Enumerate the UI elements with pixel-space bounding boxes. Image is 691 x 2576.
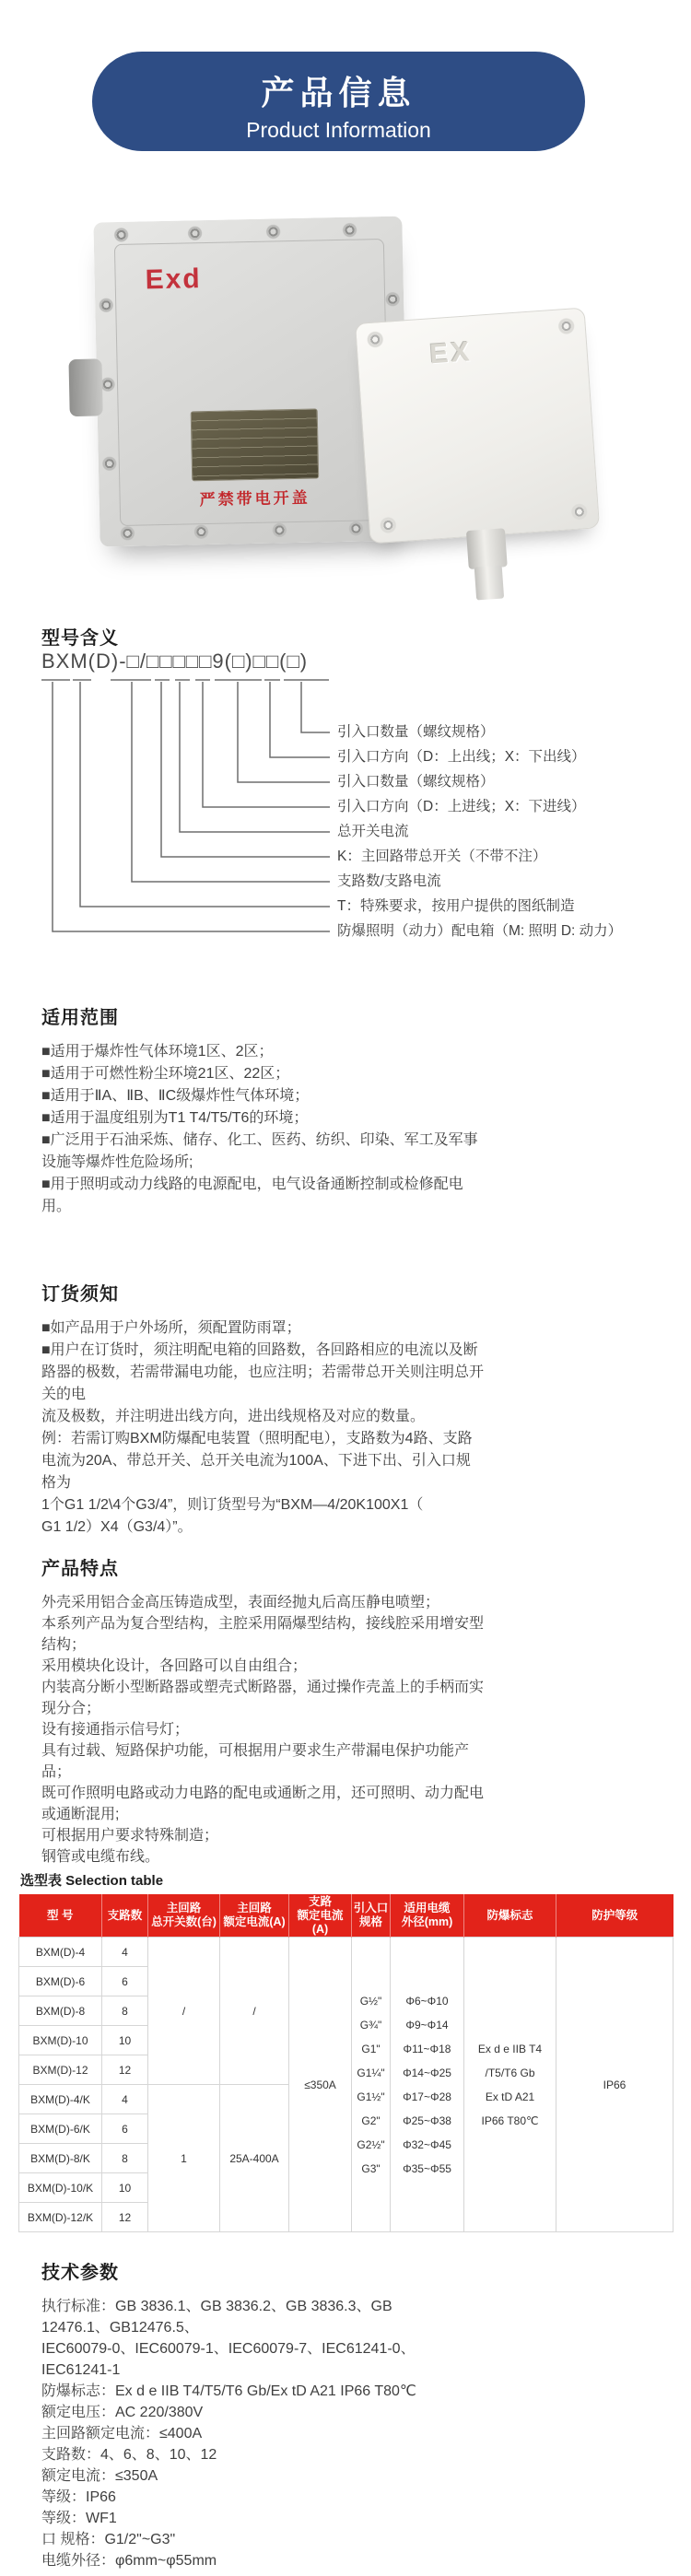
selection-table: 型 号 支路数 主回路 总开关数(台) 主回路 额定电流(A) 支路 额定电流(…: [18, 1894, 673, 2232]
cell-main-switch-bottom: 1: [148, 2085, 220, 2232]
scope-line: ■广泛用于石油采炼、储存、化工、医药、纺织、印染、军工及军事: [41, 1130, 650, 1152]
tech-param-line: 额定电压：AC 220/380V: [41, 2402, 650, 2423]
tech-param-line: 额定电流：≤350A: [41, 2465, 650, 2487]
model-label-t-special: T：特殊要求，按用户提供的图纸制造: [337, 896, 574, 917]
product-photo-small-box: EX: [355, 308, 600, 544]
cell-branches: 4: [102, 2085, 148, 2114]
feature-line: 现分合；: [41, 1698, 650, 1719]
col-header-model: 型 号: [19, 1894, 102, 1938]
model-label-k-main-switch: K：主回路带总开关（不带不注）: [337, 847, 546, 867]
cell-model: BXM(D)-12/K: [19, 2203, 102, 2232]
tech-param-line: 主回路额定电流：≤400A: [41, 2423, 650, 2444]
feature-line: 结构；: [41, 1634, 650, 1656]
warning-text: 严禁带电开盖: [157, 484, 352, 510]
table-row: BXM(D)-4 4 / / ≤350A G½" G¾" G1" G1¼" G1…: [19, 1938, 673, 1967]
cell-branch-rated: ≤350A: [289, 1938, 352, 2232]
cell-branches: 6: [102, 2114, 148, 2144]
cell-inlet-specs: G½" G¾" G1" G1¼" G1½" G2" G2½" G3": [352, 1938, 391, 2232]
cell-cable-od: Φ6~Φ10 Φ9~Φ14 Φ11~Φ18 Φ14~Φ25 Φ17~Φ28 Φ2…: [391, 1938, 464, 2232]
cell-branches: 12: [102, 2055, 148, 2085]
section-heading-ordering: 订货须知: [41, 1279, 119, 1306]
cable-gland-icon: [68, 358, 102, 416]
cell-branches: 8: [102, 1996, 148, 2026]
ordering-line: ■如产品用于户外场所，须配置防雨罩；: [41, 1317, 650, 1340]
col-header-ex-mark: 防爆标志: [464, 1894, 556, 1938]
ordering-text: ■如产品用于户外场所，须配置防雨罩； ■用户在订货时，须注明配电箱的回路数，各回…: [41, 1317, 650, 1539]
feature-line: 内装高分断小型断路器或塑壳式断路器，通过操作壳盖上的手柄而实: [41, 1677, 650, 1698]
box-cover-panel: Exd 严禁带电开盖: [114, 239, 390, 526]
col-header-cable-od: 适用电缆 外径(mm): [391, 1894, 464, 1938]
product-info-page: 产品信息 Product Information Exd 严禁带电开盖 EX 型…: [0, 0, 691, 2576]
cell-main-rated-top: /: [220, 1938, 289, 2085]
cell-model: BXM(D)-6: [19, 1967, 102, 1996]
cell-model: BXM(D)-4: [19, 1938, 102, 1967]
model-label-branch-count-current: 支路数/支路电流: [337, 872, 441, 892]
scope-line: 设施等爆炸性危险场所;: [41, 1152, 650, 1174]
cell-ip-rating: IP66: [556, 1938, 673, 2232]
feature-line: 采用模块化设计，各回路可以自由组合；: [41, 1656, 650, 1677]
cell-ex-mark: Ex d e IIB T4 /T5/T6 Gb Ex tD A21 IP66 T…: [464, 1938, 556, 2232]
scope-line: ■用于照明或动力线路的电源配电，电气设备通断控制或检修配电: [41, 1174, 650, 1196]
model-label-main-switch-current: 总开关电流: [337, 822, 409, 842]
ordering-line: 流及极数，并注明进出线方向，进出线规格及对应的数量。: [41, 1406, 650, 1428]
feature-line: 或通断混用;: [41, 1804, 650, 1825]
cell-model: BXM(D)-4/K: [19, 2085, 102, 2114]
col-header-main-switch-count: 主回路 总开关数(台): [148, 1894, 220, 1938]
cell-branches: 4: [102, 1938, 148, 1967]
scope-line: 用。: [41, 1196, 650, 1218]
col-header-ip-rating: 防护等级: [556, 1894, 673, 1938]
feature-line: 品；: [41, 1762, 650, 1783]
ex-marking: EX: [428, 336, 473, 370]
section-heading-scope: 适用范围: [41, 1002, 119, 1029]
tech-param-line: 口 规格：G1/2"~G3": [41, 2529, 650, 2550]
feature-line: 钢管或电缆布线。: [41, 1846, 650, 1868]
ordering-line: 例：若需订购BXM防爆配电装置（照明配电），支路数为4路、支路: [41, 1428, 650, 1450]
tech-param-line: IEC60079-0、IEC60079-1、IEC60079-7、IEC6124…: [41, 2338, 650, 2359]
scope-text: ■适用于爆炸性气体环境1区、2区； ■适用于可燃性粉尘环境21区、22区； ■适…: [41, 1041, 650, 1218]
ordering-line: 关的电: [41, 1384, 650, 1406]
cell-branches: 6: [102, 1967, 148, 1996]
ordering-line: 格为: [41, 1472, 650, 1494]
cell-model: BXM(D)-10/K: [19, 2173, 102, 2203]
cell-model: BXM(D)-6/K: [19, 2114, 102, 2144]
feature-line: 可根据用户要求特殊制造；: [41, 1825, 650, 1846]
section-heading-model-meaning: 型号含义: [41, 623, 119, 650]
feature-line: 本系列产品为复合型结构，主腔采用隔爆型结构，接线腔采用增安型: [41, 1613, 650, 1634]
feature-line: 既可作照明电路或动力电路的配电或通断之用，还可照明、动力配电: [41, 1783, 650, 1804]
page-subtitle: Product Information: [92, 118, 585, 143]
scope-line: ■适用于温度组别为T1 T4/T5/T6的环境；: [41, 1107, 650, 1130]
col-header-branches: 支路数: [102, 1894, 148, 1938]
cell-branches: 8: [102, 2144, 148, 2173]
exd-marking: Exd: [145, 263, 202, 296]
section-heading-tech-params: 技术参数: [41, 2257, 119, 2284]
tech-param-line: 等级：WF1: [41, 2508, 650, 2529]
cell-model: BXM(D)-8/K: [19, 2144, 102, 2173]
tech-param-line: 防爆标志：Ex d e IIB T4/T5/T6 Gb/Ex tD A21 IP…: [41, 2381, 650, 2402]
tech-param-line: 支路数：4、6、8、10、12: [41, 2444, 650, 2465]
model-label-inlet-count-1: 引入口数量（螺纹规格）: [337, 772, 495, 792]
cell-model: BXM(D)-12: [19, 2055, 102, 2085]
selection-table-caption: 选型表 Selection table: [20, 1870, 163, 1890]
tech-param-line: IEC61241-1: [41, 2359, 650, 2381]
ordering-line: 1个G1 1/2\4个G3/4”，则订货型号为“BXM—4/20K100X1（: [41, 1494, 650, 1516]
cell-branches: 10: [102, 2026, 148, 2055]
tech-param-line: 电缆外径：φ6mm~φ55mm: [41, 2550, 650, 2571]
tech-params-text: 执行标准：GB 3836.1、GB 3836.2、GB 3836.3、GB 12…: [41, 2296, 650, 2571]
page-header: 产品信息 Product Information: [92, 52, 585, 151]
tech-param-line: 12476.1、GB12476.5、: [41, 2317, 650, 2338]
cell-branches: 12: [102, 2203, 148, 2232]
col-header-branch-rated-current: 支路 额定电流(A): [289, 1894, 352, 1938]
scope-line: ■适用于ⅡA、ⅡB、ⅡC级爆炸性气体环境；: [41, 1085, 650, 1107]
table-header-row: 型 号 支路数 主回路 总开关数(台) 主回路 额定电流(A) 支路 额定电流(…: [19, 1894, 673, 1938]
cell-model: BXM(D)-10: [19, 2026, 102, 2055]
scope-line: ■适用于可燃性粉尘环境21区、22区；: [41, 1063, 650, 1085]
section-heading-features: 产品特点: [41, 1553, 119, 1580]
page-title: 产品信息: [92, 67, 585, 114]
ordering-line: 路器的极数，若需带漏电功能，也应注明；若需带总开关则注明总开: [41, 1362, 650, 1384]
scope-line: ■适用于爆炸性气体环境1区、2区；: [41, 1041, 650, 1063]
tech-param-line: 执行标准：GB 3836.1、GB 3836.2、GB 3836.3、GB: [41, 2296, 650, 2317]
feature-line: 具有过载、短路保护功能，可根据用户要求生产带漏电保护功能产: [41, 1740, 650, 1762]
ordering-line: G1 1/2）X4（G3/4）”。: [41, 1516, 650, 1539]
cell-main-rated-bottom: 25A-400A: [220, 2085, 289, 2232]
feature-line: 设有接通指示信号灯；: [41, 1719, 650, 1740]
model-label-inlet-count-2: 引入口数量（螺纹规格）: [337, 722, 495, 743]
nameplate: [191, 408, 320, 481]
model-label-series-name: 防爆照明（动力）配电箱（M: 照明 D: 动力）: [337, 921, 622, 942]
features-text: 外壳采用铝合金高压铸造成型，表面经抛丸后高压静电喷塑； 本系列产品为复合型结构，…: [41, 1592, 650, 1868]
tech-param-line: 等级：IP66: [41, 2487, 650, 2508]
model-label-outlet-direction: 引入口方向（D：上出线；X：下出线）: [337, 747, 586, 767]
model-label-inlet-direction: 引入口方向（D：上进线；X：下进线）: [337, 797, 586, 817]
ordering-line: ■用户在订货时，须注明配电箱的回路数，各回路相应的电流以及断: [41, 1340, 650, 1362]
col-header-inlet-spec: 引入口 规格: [352, 1894, 391, 1938]
cell-main-switch-top: /: [148, 1938, 220, 2085]
ordering-line: 电流为20A、带总开关、总开关电流为100A、下进下出、引入口规: [41, 1450, 650, 1472]
col-header-main-rated-current: 主回路 额定电流(A): [220, 1894, 289, 1938]
bottom-gland-icon: [466, 528, 508, 569]
feature-line: 外壳采用铝合金高压铸造成型，表面经抛丸后高压静电喷塑；: [41, 1592, 650, 1613]
cell-branches: 10: [102, 2173, 148, 2203]
cell-model: BXM(D)-8: [19, 1996, 102, 2026]
bottom-gland-tip-icon: [474, 566, 504, 601]
